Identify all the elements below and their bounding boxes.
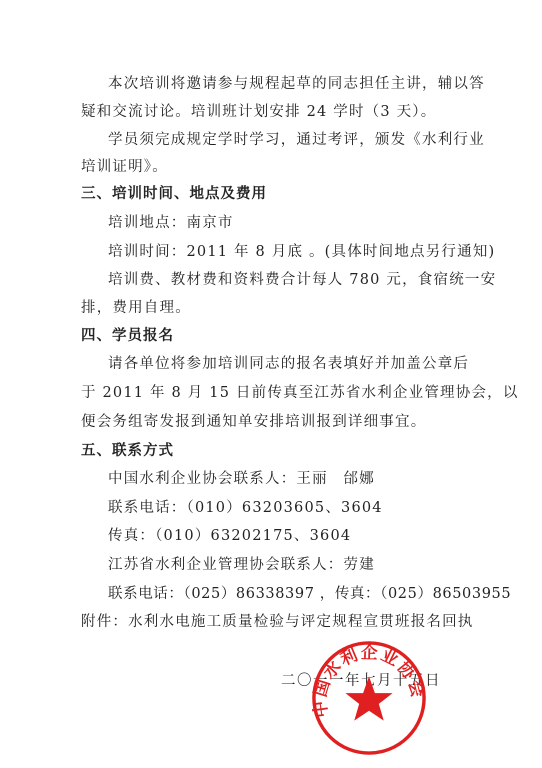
registration-line: 于 2011 年 8 月 15 日前传真至江苏省水利企业管理协会，以 xyxy=(81,381,519,402)
paragraph-line: 培训证明》。 xyxy=(81,155,168,176)
training-location: 培训地点：南京市 xyxy=(108,211,234,232)
star-icon xyxy=(345,676,392,720)
contact-phone-1: 联系电话：（010）63203605、3604 xyxy=(108,496,383,517)
contact-fax-1: 传真：（010）63202175、3604 xyxy=(108,524,351,545)
section-heading-4: 四、学员报名 xyxy=(81,324,174,345)
registration-line: 便会务组寄发报到通知单安排培训报到详细事宜。 xyxy=(81,410,426,431)
section-heading-5: 五、联系方式 xyxy=(81,439,174,460)
paragraph-line: 疑和交流讨论。培训班计划安排 24 学时（3 天）。 xyxy=(81,100,436,121)
training-time: 培训时间：2011 年 8 月底 。(具体时间地点另行通知) xyxy=(108,240,495,261)
contact-phone-fax-2: 联系电话：（025）86338397 ，传真：（025）86503955 xyxy=(108,582,511,603)
contact-person-2: 江苏省水利企业管理协会联系人：劳建 xyxy=(108,553,375,574)
attachment-note: 附件：水利水电施工质量检验与评定规程宣贯班报名回执 xyxy=(81,610,474,631)
section-heading-3: 三、培训时间、地点及费用 xyxy=(81,182,267,203)
paragraph-line: 学员须完成规定学时学习，通过考评，颁发《水利行业 xyxy=(108,128,485,149)
official-seal-stamp: 中国水利企业协会 xyxy=(310,639,428,757)
registration-line: 请各单位将参加培训同志的报名表填好并加盖公章后 xyxy=(108,352,469,373)
contact-person-1: 中国水利企业协会联系人：王丽 邰娜 xyxy=(108,467,375,488)
paragraph-line: 本次培训将邀请参与规程起草的同志担任主讲，辅以答 xyxy=(108,72,485,93)
training-fee-cont: 排，费用自理。 xyxy=(81,296,191,317)
training-fee: 培训费、教材费和资料费合计每人 780 元，食宿统一安 xyxy=(108,268,496,289)
